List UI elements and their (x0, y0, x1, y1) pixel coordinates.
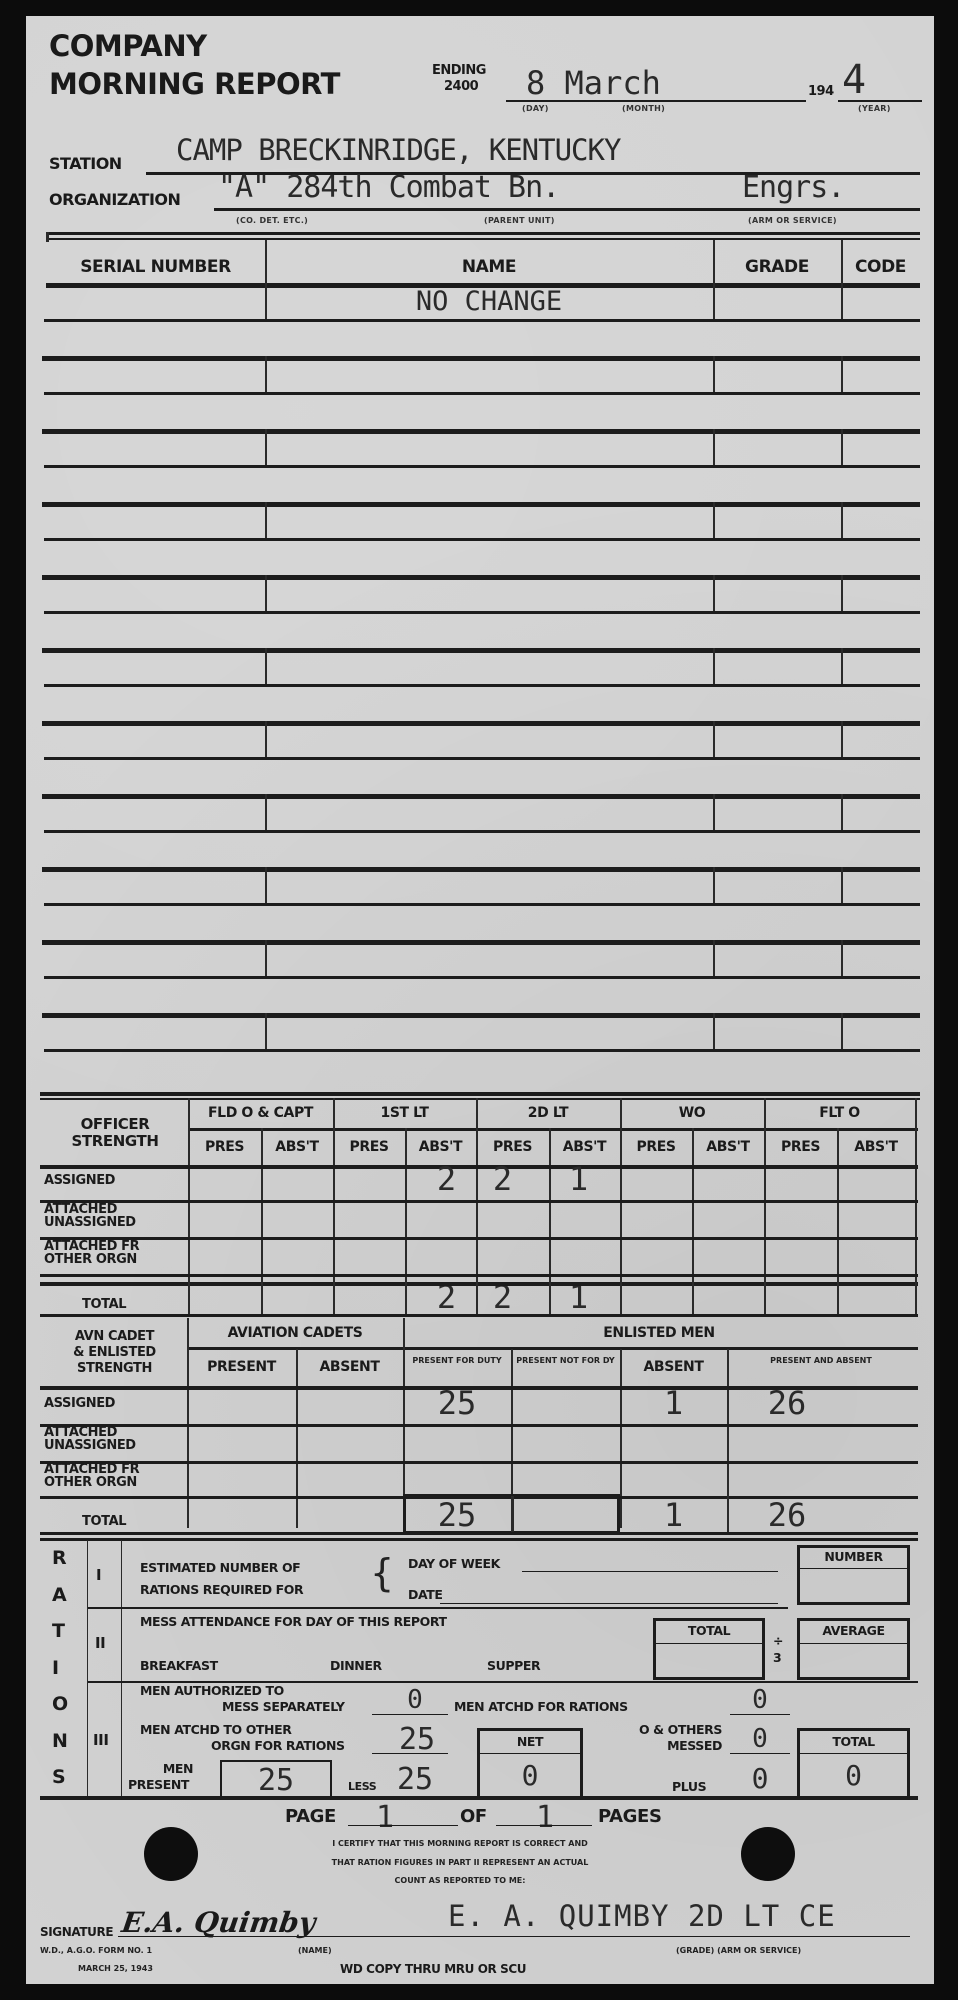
rations-letter: S (52, 1767, 65, 1787)
officer-group-header: WO (620, 1106, 764, 1120)
table-row[interactable] (46, 687, 920, 720)
signature-label: SIGNATURE (40, 1925, 113, 1939)
mess-separately-line2: MESS SEPARATELY (222, 1700, 344, 1714)
caption-day: (DAY) (522, 104, 549, 113)
table-row[interactable] (46, 979, 920, 1012)
ending-time: 2400 (444, 80, 478, 94)
net-box[interactable]: NET 0 (477, 1728, 583, 1798)
enlisted-title-line: & ENLISTED (42, 1346, 187, 1360)
table-row[interactable] (46, 322, 920, 355)
rations-letter: N (52, 1731, 68, 1751)
table-row[interactable] (46, 575, 920, 611)
date-label: DATE (408, 1588, 443, 1602)
plus-label: PLUS (672, 1780, 706, 1794)
officer-row-label: ASSIGNED (44, 1174, 115, 1187)
atchd-other-value[interactable]: 25 (392, 1722, 442, 1757)
officer-subheader: ABS'T (405, 1140, 476, 1154)
typed-name[interactable]: E. A. QUIMBY 2D LT CE (448, 1900, 836, 1932)
ending-label: ENDING (432, 64, 486, 78)
less-label: LESS (348, 1780, 376, 1794)
year-underline (838, 100, 922, 102)
officer-group-header: FLD O & CAPT (188, 1106, 333, 1120)
rations-letter: I (52, 1658, 59, 1678)
mess-attendance-label: MESS ATTENDANCE FOR DAY OF THIS REPORT (140, 1615, 447, 1629)
officer-subheader: ABS'T (692, 1140, 764, 1154)
enlisted-title-line: STRENGTH (42, 1362, 187, 1376)
atchd-other-line2: ORGN FOR RATIONS (211, 1739, 345, 1753)
meal-dinner: DINNER (330, 1659, 382, 1673)
others-messed-line1: O & OTHERS (632, 1723, 722, 1737)
table-row[interactable] (46, 429, 920, 465)
enlisted-title-line: AVN CADET (42, 1330, 187, 1344)
enlisted-row-label: ATTACHED FR OTHER ORGN (44, 1463, 164, 1489)
average-box[interactable]: AVERAGE (797, 1618, 910, 1680)
day-month-value[interactable]: 8 March (526, 66, 661, 100)
others-messed-value[interactable]: 0 (740, 1724, 780, 1754)
men-present-box[interactable]: 25 (220, 1760, 332, 1798)
mess-separately-line1: MEN AUTHORIZED TO (140, 1684, 284, 1698)
organization-underline (214, 208, 920, 211)
meal-supper: SUPPER (487, 1659, 540, 1673)
officer-subheader: ABS'T (261, 1140, 333, 1154)
officer-subheader: PRES (764, 1140, 837, 1154)
certify-line1: I CERTIFY THAT THIS MORNING REPORT IS CO… (230, 1839, 690, 1849)
men-present-line1: MEN (140, 1762, 216, 1776)
enlisted-subheader: ABSENT (620, 1360, 727, 1374)
page-label: PAGE (285, 1810, 336, 1824)
punch-hole-right (741, 1827, 795, 1881)
meal-breakfast: BREAKFAST (140, 1659, 218, 1673)
name-cell: NO CHANGE (265, 287, 713, 317)
enlisted-subheader: PRESENT NOT FOR DY (511, 1354, 620, 1368)
station-label: STATION (49, 154, 122, 173)
certify-line3: COUNT AS REPORTED TO ME: (230, 1876, 690, 1886)
enlisted-cell[interactable]: 25 (403, 1384, 511, 1422)
part2-numeral: II (95, 1636, 105, 1650)
enlisted-subheader: ABSENT (296, 1360, 403, 1374)
others-messed-line2: MESSED (632, 1739, 722, 1753)
form-title-line2: MORNING REPORT (49, 68, 340, 100)
rations-letter: O (52, 1694, 68, 1714)
table-row[interactable] (46, 794, 920, 830)
officer-row-label: ATTACHED UNASSIGNED (44, 1203, 164, 1229)
punch-hole-left (144, 1827, 198, 1881)
column-header-grade: GRADE (713, 258, 841, 276)
table-row[interactable] (46, 940, 920, 976)
part1-numeral: I (96, 1568, 101, 1582)
atchd-for-rations-label: MEN ATCHD FOR RATIONS (454, 1700, 628, 1714)
divide-icon: ÷ (773, 1634, 783, 1648)
part1-label-line1: ESTIMATED NUMBER OF (140, 1561, 300, 1575)
date-field[interactable] (440, 1603, 778, 1604)
enlisted-subheader: PRESENT AND ABSENT (727, 1354, 915, 1368)
station-value[interactable]: CAMP BRECKINRIDGE, KENTUCKY (176, 134, 620, 166)
men-present-line2: PRESENT (128, 1778, 189, 1792)
table-row[interactable] (46, 1052, 920, 1085)
enlisted-row-label: ASSIGNED (44, 1397, 115, 1410)
table-row[interactable] (46, 541, 920, 574)
year-prefix: 194 (808, 84, 834, 99)
form-title-line1: COMPANY (49, 30, 207, 62)
brace-icon: { (370, 1552, 394, 1594)
pages-label: PAGES (598, 1810, 662, 1824)
table-row[interactable] (46, 614, 920, 647)
officer-group-header: 2D LT (476, 1106, 620, 1120)
divide-by: 3 (773, 1651, 781, 1665)
enlisted-cell[interactable]: 1 (620, 1496, 727, 1534)
pages-value[interactable]: 1 (510, 1800, 580, 1835)
less-value[interactable]: 25 (390, 1762, 440, 1797)
caption-parent: (PARENT UNIT) (484, 216, 555, 225)
of-label: OF (460, 1810, 487, 1824)
mess-separately-value[interactable]: 0 (390, 1685, 440, 1715)
caption-name: (NAME) (298, 1946, 332, 1956)
copy-note: WD COPY THRU MRU OR SCU (340, 1962, 526, 1976)
enlisted-cell[interactable]: 26 (727, 1496, 847, 1534)
number-box[interactable]: NUMBER (797, 1545, 910, 1605)
officer-cell[interactable]: 1 (543, 1160, 614, 1198)
officer-subheader: ABS'T (549, 1140, 620, 1154)
enlisted-cell[interactable]: 26 (727, 1384, 847, 1422)
officer-subheader: PRES (476, 1140, 549, 1154)
table-row[interactable] (46, 867, 920, 903)
year-digit[interactable]: 4 (842, 60, 866, 100)
officer-subheader: PRES (620, 1140, 692, 1154)
officer-strength-title: OFFICER STRENGTH (42, 1116, 188, 1150)
enlisted-cell[interactable]: 1 (620, 1384, 727, 1422)
page-value[interactable]: 1 (350, 1800, 420, 1835)
part3-numeral: III (93, 1733, 109, 1747)
certify-line2: THAT RATION FIGURES IN PART II REPRESENT… (230, 1858, 690, 1868)
organization-value[interactable]: "A" 284th Combat Bn. (218, 172, 559, 204)
atchd-for-rations-value[interactable]: 0 (740, 1685, 780, 1715)
enlisted-row-label: TOTAL (82, 1515, 126, 1528)
officer-subheader: PRES (188, 1140, 261, 1154)
officer-cell[interactable]: 2 (466, 1160, 539, 1198)
atchd-other-line1: MEN ATCHD TO OTHER (140, 1723, 291, 1737)
part1-label-line2: RATIONS REQUIRED FOR (140, 1583, 303, 1597)
caption-month: (MONTH) (622, 104, 665, 113)
date-underline (506, 100, 806, 102)
day-of-week-label: DAY OF WEEK (408, 1557, 500, 1571)
officer-row-label: ATTACHED FR OTHER ORGN (44, 1240, 164, 1266)
enlisted-row-label: ATTACHED UNASSIGNED (44, 1426, 164, 1452)
table-row[interactable] (46, 648, 920, 684)
caption-grade-arm: (GRADE) (ARM OR SERVICE) (676, 1946, 801, 1956)
enlisted-subheader: PRESENT FOR DUTY (403, 1354, 511, 1368)
column-header-name: NAME (265, 258, 713, 276)
table-row[interactable] (46, 502, 920, 538)
officer-group-header: 1ST LT (333, 1106, 476, 1120)
enlisted-men-header: ENLISTED MEN (403, 1326, 915, 1340)
table-row[interactable] (46, 1013, 920, 1049)
table-row[interactable] (46, 721, 920, 757)
enlisted-subheader: PRESENT (187, 1360, 296, 1374)
form-date: MARCH 25, 1943 (78, 1964, 153, 1974)
column-header-serial-number: SERIAL NUMBER (46, 258, 265, 276)
arm-value[interactable]: Engrs. (742, 172, 844, 204)
rations-letter: R (52, 1548, 66, 1568)
table-row[interactable] (46, 760, 920, 793)
caption-year: (YEAR) (858, 104, 891, 113)
caption-co: (CO. DET. ETC.) (236, 216, 308, 225)
table-row[interactable] (46, 906, 920, 939)
officer-subheader: PRES (333, 1140, 405, 1154)
table-row[interactable] (46, 468, 920, 501)
rations-letter: A (52, 1585, 66, 1605)
table-row[interactable] (46, 395, 920, 428)
day-of-week-field[interactable] (522, 1571, 778, 1572)
plus-value[interactable]: 0 (740, 1762, 780, 1795)
officer-subheader: ABS'T (837, 1140, 915, 1154)
signature-handwritten[interactable]: E.A. Quimby (120, 1906, 318, 1939)
mess-total-box[interactable]: TOTAL (653, 1618, 765, 1680)
aviation-cadets-header: AVIATION CADETS (187, 1326, 403, 1340)
organization-label: ORGANIZATION (49, 190, 180, 209)
caption-arm: (ARM OR SERVICE) (748, 216, 837, 225)
table-row[interactable] (46, 356, 920, 392)
column-header-code: CODE (841, 258, 920, 276)
officer-group-header: FLT O (764, 1106, 915, 1120)
officer-row-label: TOTAL (82, 1298, 126, 1311)
table-row[interactable] (46, 833, 920, 866)
rations-total-box[interactable]: TOTAL 0 (797, 1728, 910, 1798)
form-number: W.D., A.G.O. FORM NO. 1 (40, 1946, 152, 1956)
signature-line (118, 1936, 910, 1937)
rations-letter: T (52, 1621, 65, 1641)
